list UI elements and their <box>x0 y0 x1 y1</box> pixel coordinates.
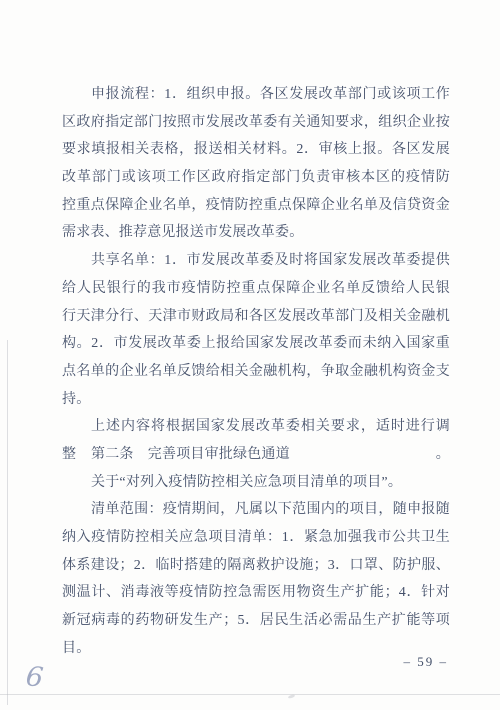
document-page: 申报流程：1．组织申报。各区发展改革部门或该项工作区政府指定部门按照市发展改革委… <box>0 0 500 710</box>
document-line: 申报流程：1．组织申报。各区发展改革部门或该项工作 <box>62 81 450 109</box>
page-number: – 59 – <box>404 654 449 670</box>
document-line: 清单范围：疫情期间，凡属以下范围内的项目，随申报随 <box>62 496 450 524</box>
document-line: 上述内容将根据国家发展改革委相关要求，适时进行调整。 <box>62 413 450 441</box>
document-line: 要求填报相关表格，报送相关材料。2．审核上报。各区发展 <box>62 136 450 164</box>
document-line: 控重点保障企业名单，疫情防控重点保障企业名单及信贷资金 <box>62 192 450 220</box>
handwritten-annotation: 6 <box>24 661 44 694</box>
document-line: 关于“对列入疫情防控相关应急项目清单的项目”。 <box>62 469 450 497</box>
document-line: 测温计、消毒液等疫情防控急需医用物资生产扩能；4．针对 <box>62 579 450 607</box>
text-block: 申报流程：1．组织申报。各区发展改革部门或该项工作区政府指定部门按照市发展改革委… <box>62 81 450 662</box>
document-line: 区政府指定部门按照市发展改革委有关通知要求，组织企业按 <box>62 109 450 137</box>
document-line: 给人民银行的我市疫情防控重点保障企业名单反馈给人民银 <box>62 275 450 303</box>
document-line: 体系建设；2．临时搭建的隔离救护设施；3．口罩、防护服、 <box>62 552 450 580</box>
document-line: 行天津分行、天津市财政局和各区发展改革部门及相关金融机 <box>62 303 450 331</box>
document-line: 共享名单：1．市发展改革委及时将国家发展改革委提供 <box>62 247 450 275</box>
document-line: 点名单的企业名单反馈给相关金融机构，争取金融机构资金支 <box>62 358 450 386</box>
document-line: 改革部门或该项工作区政府指定部门负责审核本区的疫情防 <box>62 164 450 192</box>
scan-smudge-artifact <box>288 694 296 699</box>
document-line: 需求表、推荐意见报送市发展改革委。 <box>62 219 450 247</box>
document-line: 构。2．市发展改革委上报给国家发展改革委而未纳入国家重 <box>62 330 450 358</box>
scan-edge-artifact-bottom <box>0 694 500 695</box>
document-line: 新冠病毒的药物研发生产；5．居民生活必需品生产扩能等项 <box>62 607 450 635</box>
document-line: 目。 <box>62 635 450 663</box>
document-line: 纳入疫情防控相关应急项目清单：1．紧急加强我市公共卫生 <box>62 524 450 552</box>
document-line: 持。 <box>62 386 450 414</box>
scan-edge-artifact-left <box>7 340 8 705</box>
